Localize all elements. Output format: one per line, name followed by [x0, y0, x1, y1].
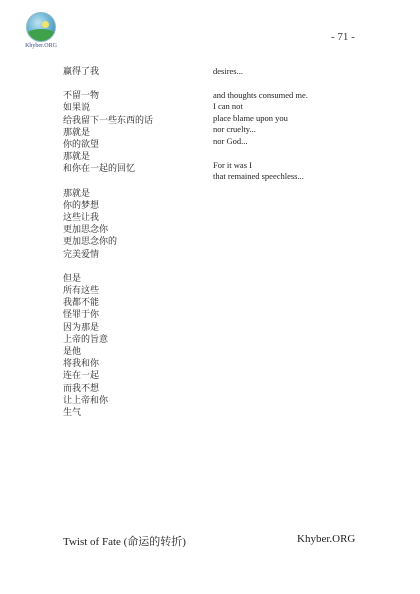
poem-line: 因为那是	[63, 322, 203, 334]
stanza: 赢得了我	[63, 66, 203, 78]
poem-line: 所有这些	[63, 285, 203, 297]
poem-line: 如果说	[63, 102, 203, 114]
logo-hill	[26, 29, 56, 42]
poem-line: that remained speechless...	[213, 171, 373, 183]
poem-line: nor cruelty...	[213, 124, 373, 136]
chinese-poem-column: 赢得了我 不留一物 如果说 给我留下一些东西的话 那就是 你的欲望 那就是 和你…	[63, 66, 203, 431]
stanza: desires...	[213, 66, 373, 78]
khyber-logo: Khyber.ORG	[18, 12, 64, 52]
footer-book-title: Twist of Fate (命运的转折)	[63, 533, 186, 549]
poem-line: 更加思念你的	[63, 236, 203, 248]
poem-line: 连在一起	[63, 370, 203, 382]
poem-line: 这些让我	[63, 212, 203, 224]
poem-line: 更加思念你	[63, 224, 203, 236]
poem-line: 上帝的旨意	[63, 334, 203, 346]
poem-line: For it was I	[213, 160, 373, 172]
poem-line: desires...	[213, 66, 373, 78]
poem-line: 而我不想	[63, 383, 203, 395]
footer-site-name: Khyber.ORG	[297, 533, 355, 545]
poem-line: nor God...	[213, 136, 373, 148]
stanza: 但是 所有这些 我都不能 怪罪于你 因为那是 上帝的旨意 是他 将我和你 连在一…	[63, 273, 203, 419]
poem-line: 那就是	[63, 127, 203, 139]
poem-line: 那就是	[63, 188, 203, 200]
stanza: For it was I that remained speechless...	[213, 160, 373, 183]
poem-line: and thoughts consumed me.	[213, 90, 373, 102]
poem-line: 将我和你	[63, 358, 203, 370]
poem-line: 你的梦想	[63, 200, 203, 212]
stanza: 那就是 你的梦想 这些让我 更加思念你 更加思念你的 完美爱情	[63, 188, 203, 261]
poem-line: I can not	[213, 101, 373, 113]
logo-sun	[42, 21, 49, 28]
poem-line: 让上帝和你	[63, 395, 203, 407]
poem-line: 和你在一起的回忆	[63, 163, 203, 175]
poem-line: 完美爱情	[63, 249, 203, 261]
logo-emblem-icon	[26, 12, 56, 42]
poem-line: 赢得了我	[63, 66, 203, 78]
page-number: - 71 -	[331, 31, 355, 43]
poem-line: 不留一物	[63, 90, 203, 102]
poem-line: 生气	[63, 407, 203, 419]
poem-line: 但是	[63, 273, 203, 285]
english-poem-column: desires... and thoughts consumed me. I c…	[213, 66, 373, 195]
poem-line: 那就是	[63, 151, 203, 163]
poem-line: 我都不能	[63, 297, 203, 309]
poem-line: 你的欲望	[63, 139, 203, 151]
stanza: and thoughts consumed me. I can not plac…	[213, 90, 373, 148]
poem-line: place blame upon you	[213, 113, 373, 125]
poem-line: 是他	[63, 346, 203, 358]
poem-line: 怪罪于你	[63, 309, 203, 321]
stanza: 不留一物 如果说 给我留下一些东西的话 那就是 你的欲望 那就是 和你在一起的回…	[63, 90, 203, 175]
logo-text: Khyber.ORG	[18, 43, 64, 49]
poem-line: 给我留下一些东西的话	[63, 115, 203, 127]
